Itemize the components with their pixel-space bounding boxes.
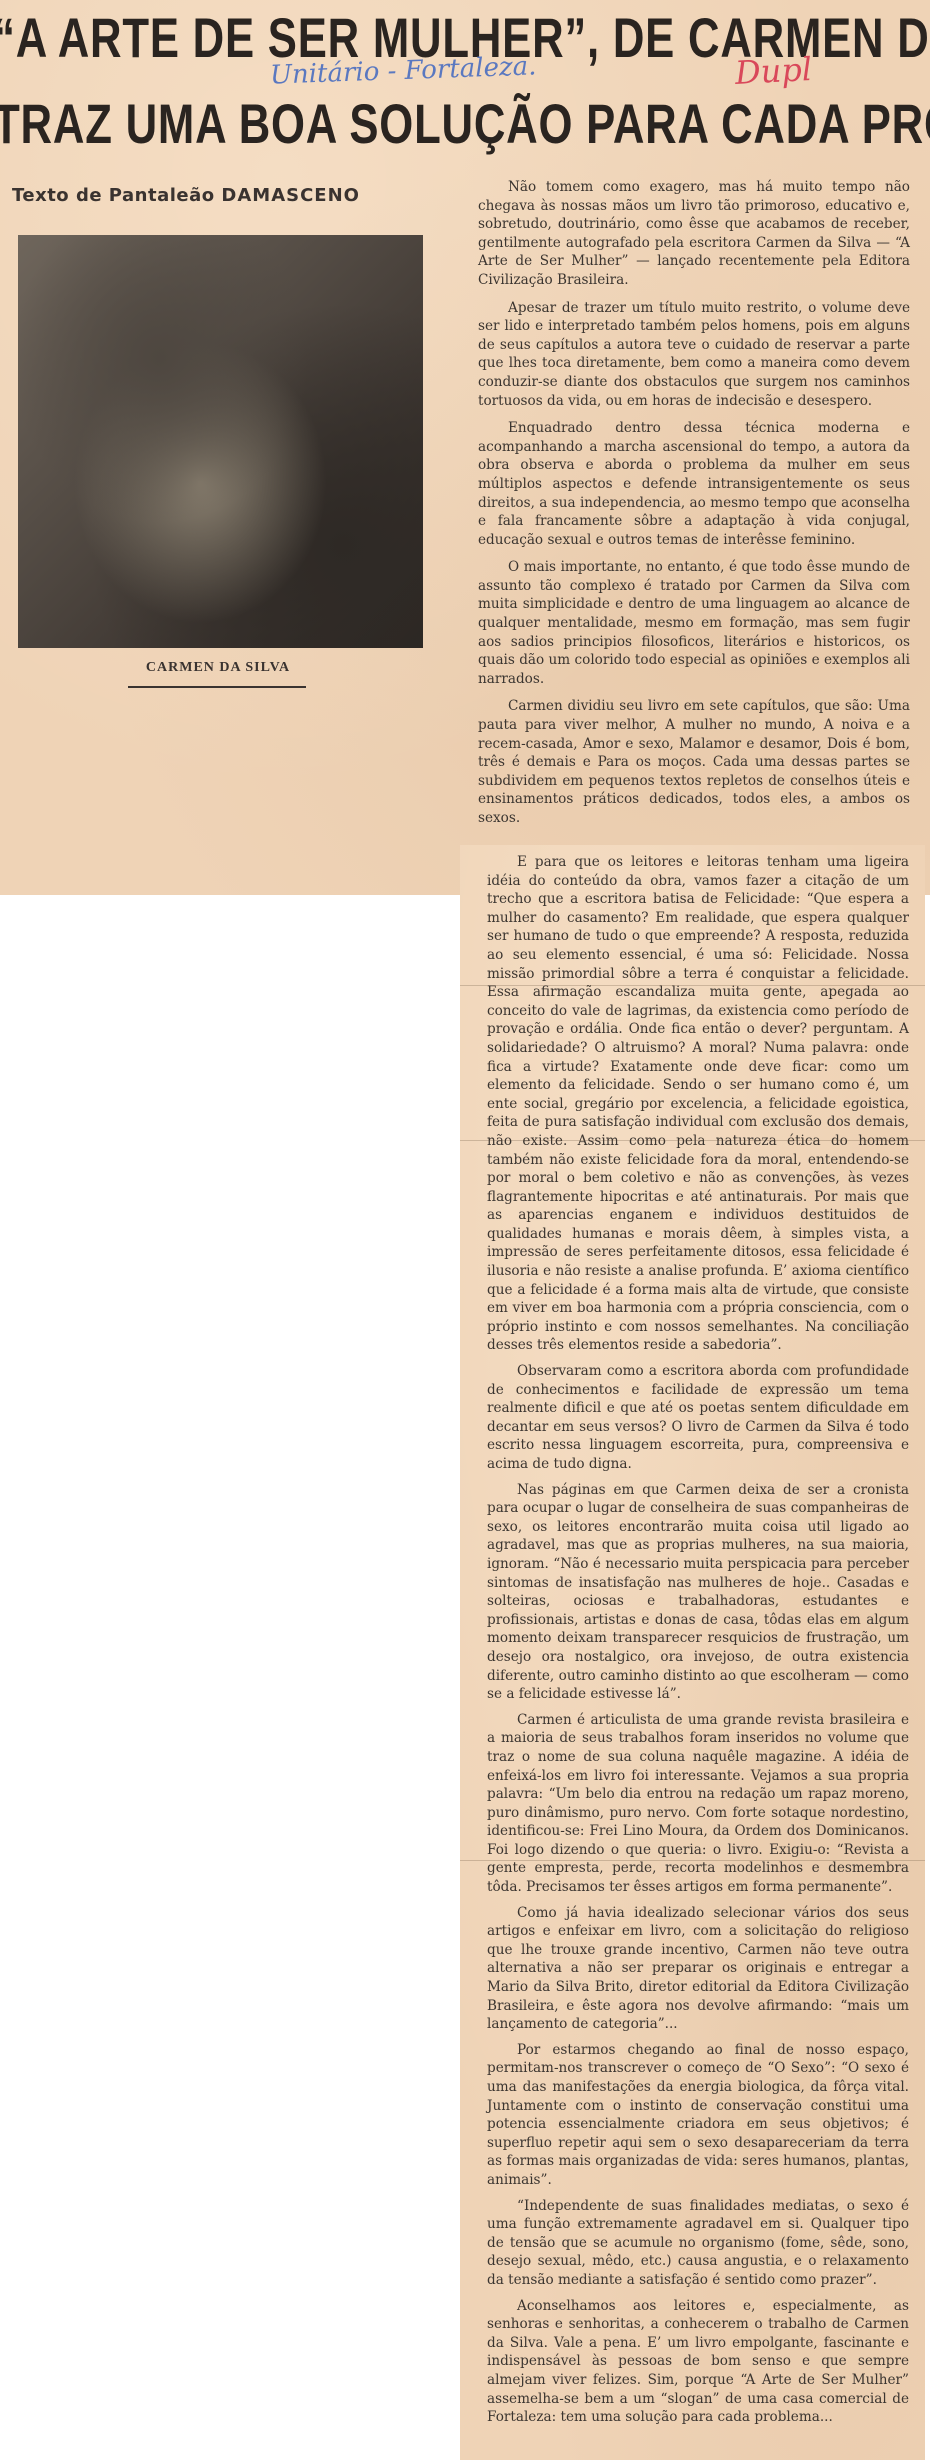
paragraph: Carmen dividiu seu livro em sete capítul… — [478, 697, 910, 827]
paragraph: O mais importante, no entanto, é que tod… — [478, 558, 910, 688]
paragraph: Como já havia idealizado selecionar vári… — [487, 1904, 909, 2034]
handwritten-note-red: Dupl — [734, 50, 813, 92]
headline-line-2: TRAZ UMA BOA SOLUÇÃO PARA CADA PROBLEMA — [0, 92, 929, 156]
paragraph: “Independente de suas finalidades mediat… — [487, 2197, 909, 2290]
byline: Texto de Pantaleão DAMASCENO — [12, 185, 360, 206]
paper-fold-line — [460, 985, 925, 986]
byline-surname: DAMASCENO — [221, 185, 360, 206]
paragraph: E para que os leitores e leitoras tenham… — [487, 853, 909, 1355]
caption-divider — [128, 686, 306, 688]
paper-fold-line — [460, 1860, 925, 1861]
paragraph: Aconselhamos aos leitores e, especialmen… — [487, 2297, 909, 2427]
paragraph: Não tomem como exagero, mas há muito tem… — [478, 178, 910, 290]
article-column-bottom: E para que os leitores e leitoras tenham… — [487, 853, 909, 2434]
photo-caption: CARMEN DA SILVA — [128, 660, 308, 676]
paragraph: Por estarmos chegando ao final de nosso … — [487, 2041, 909, 2190]
paragraph: Apesar de trazer um título muito restrit… — [478, 299, 910, 411]
byline-prefix: Texto de Pantaleão — [12, 185, 215, 206]
paragraph: Enquadrado dentro dessa técnica moderna … — [478, 419, 910, 549]
article-column-top: Não tomem como exagero, mas há muito tem… — [478, 178, 910, 837]
paragraph: Nas páginas em que Carmen deixa de ser a… — [487, 1481, 909, 1704]
paragraph: Observaram como a escritora aborda com p… — [487, 1362, 909, 1474]
author-photo — [18, 235, 423, 648]
paragraph: Carmen é articulista de uma grande revis… — [487, 1711, 909, 1897]
paper-fold-line — [460, 1140, 925, 1141]
